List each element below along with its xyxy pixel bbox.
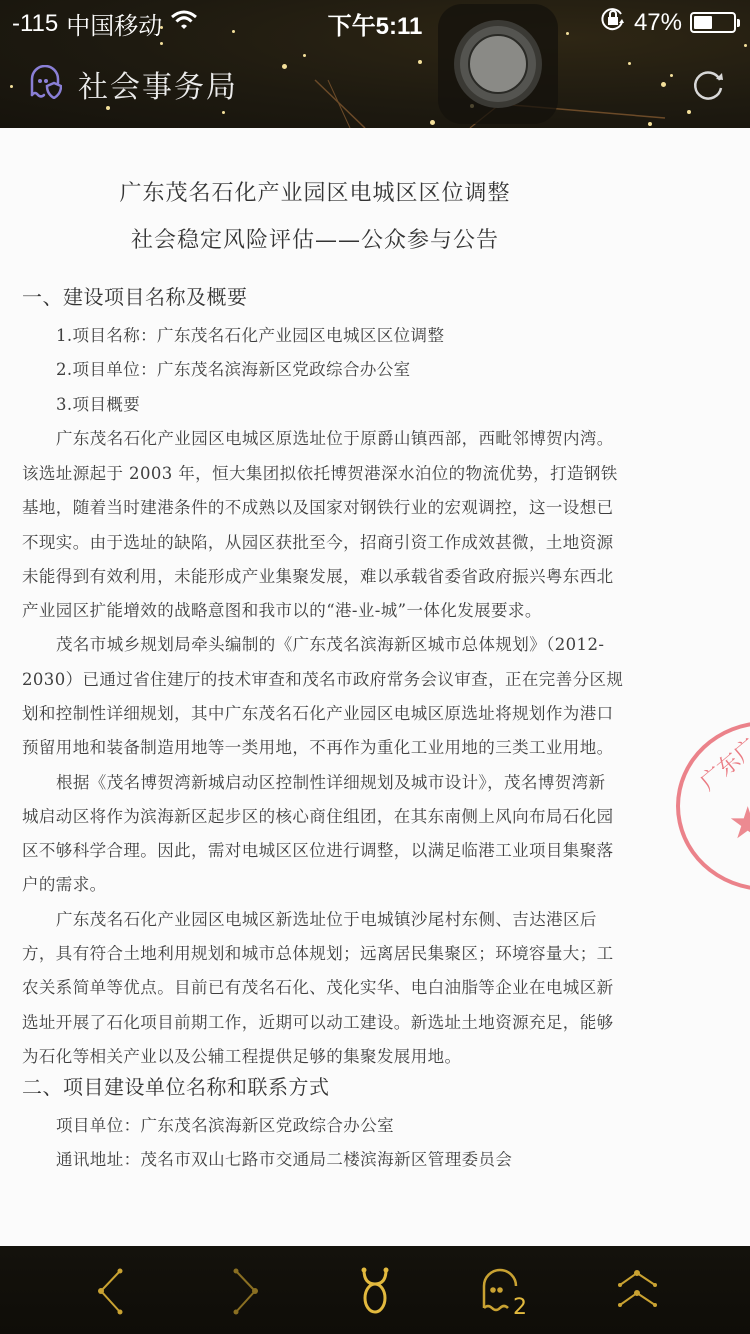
battery-percent: 47% xyxy=(634,9,682,37)
paragraph-3-line: 户的需求。 xyxy=(22,871,107,895)
paragraph-4-line: 选址开展了石化项目前期工作，近期可以动工建设。新选址土地资源充足，能够 xyxy=(22,1009,614,1033)
refresh-icon xyxy=(692,68,726,102)
bottom-toolbar: 2 xyxy=(0,1246,750,1334)
document-viewer[interactable]: 广东茂名石化产业园区电城区区位调整 社会稳定风险评估——公众参与公告 一、建设项… xyxy=(0,128,750,1246)
contact-address: 通讯地址：茂名市双山七路市交通局二楼滨海新区管理委员会 xyxy=(56,1146,512,1170)
contact-unit: 项目单位：广东茂名滨海新区党政综合办公室 xyxy=(56,1112,394,1136)
seal-star-icon: ★ xyxy=(728,798,750,849)
paragraph-1-line: 未能得到有效利用，未能形成产业集聚发展，难以承载省委省政府振兴粤东西北 xyxy=(22,563,614,587)
paragraph-1-line: 该选址源起于 2003 年，恒大集团拟依托博贺港深水泊位的物流优势，打造钢铁 xyxy=(22,460,618,484)
battery-icon xyxy=(690,12,736,33)
paragraph-2-line: 茂名市城乡规划局牵头编制的《广东茂名滨海新区城市总体规划》（2012- xyxy=(56,631,604,655)
paragraph-1-line: 产业园区扩能增效的战略意图和我市以的“港-业-城”一体化发展要求。 xyxy=(22,597,542,621)
app-header: -115 中国移动 下午5:11 47% xyxy=(0,0,750,128)
paragraph-2-line: 2030）已通过省住建厅的技术审查和茂名市政府常务会议审查，正在完善分区规 xyxy=(22,666,623,690)
project-name: 1.项目名称：广东茂名石化产业园区电城区区位调整 xyxy=(56,322,444,346)
document-title-line-2: 社会稳定风险评估——公众参与公告 xyxy=(0,223,630,254)
taurus-home-icon xyxy=(350,1266,400,1316)
paragraph-1-line: 广东茂名石化产业园区电城区原选址位于原爵山镇西部，西毗邻博贺内湾。 xyxy=(56,425,614,449)
back-button[interactable] xyxy=(86,1266,136,1316)
paragraph-3-line: 城启动区将作为滨海新区起步区的核心商住组团，在其东南侧上风向布局石化园 xyxy=(22,803,614,827)
rotation-lock-icon xyxy=(600,6,626,39)
status-bar: -115 中国移动 下午5:11 47% xyxy=(0,0,750,40)
paragraph-1-line: 不现实。由于选址的缺陷，从园区获批至今，招商引资工作成效甚微，土地资源 xyxy=(22,529,614,553)
section-2-heading: 二、项目建设单位名称和联系方式 xyxy=(22,1071,330,1100)
scroll-top-button[interactable] xyxy=(612,1266,662,1316)
document-title-line-1: 广东茂名石化产业园区电城区区位调整 xyxy=(0,176,630,207)
project-overview-label: 3.项目概要 xyxy=(56,391,140,415)
paragraph-3-line: 区不够科学合理。因此，需对电城区区位进行调整，以满足临港工业项目集聚落 xyxy=(22,837,614,861)
page-title: 社会事务局 xyxy=(78,62,238,106)
paragraph-4-line: 为石化等相关产业以及公辅工程提供足够的集聚发展用地。 xyxy=(22,1043,461,1067)
comment-count-badge: 2 xyxy=(513,1295,527,1316)
ghost-comments-icon: 2 xyxy=(478,1266,534,1316)
paragraph-1-line: 基地，随着当时建港条件的不成熟以及国家对钢铁行业的宏观调控，这一设想已 xyxy=(22,494,614,518)
comments-button[interactable]: 2 xyxy=(478,1266,534,1316)
forward-icon xyxy=(220,1266,270,1316)
paragraph-4-line: 广东茂名石化产业园区电城区新选址位于电城镇沙尾村东侧、吉达港区后 xyxy=(56,906,597,930)
ghost-shield-icon xyxy=(28,65,62,104)
paragraph-3-line: 根据《茂名博贺湾新城启动区控制性详细规划及城市设计》，茂名博贺湾新 xyxy=(56,769,605,793)
assistive-touch-button[interactable] xyxy=(438,4,558,124)
paragraph-4-line: 方，具有符合土地利用规划和城市总体规划；远离居民集聚区；环境容量大；工 xyxy=(22,940,614,964)
scroll-top-icon xyxy=(612,1266,662,1316)
project-unit: 2.项目单位：广东茂名滨海新区党政综合办公室 xyxy=(56,356,411,380)
back-icon xyxy=(86,1266,136,1316)
forward-button[interactable] xyxy=(220,1266,270,1316)
paragraph-4-line: 农关系简单等优点。目前已有茂名石化、茂化实华、电白油脂等企业在电城区新 xyxy=(22,974,614,998)
paragraph-2-line: 划和控制性详细规划，其中广东茂名石化产业园区电城区原选址将规划作为港口 xyxy=(22,700,614,724)
section-1-heading: 一、建设项目名称及概要 xyxy=(22,281,248,310)
home-button[interactable] xyxy=(350,1266,400,1316)
paragraph-2-line: 预留用地和装备制造用地等一类用地，不再作为重化工业用地的三类工业用地。 xyxy=(22,734,614,758)
refresh-button[interactable] xyxy=(692,68,726,102)
